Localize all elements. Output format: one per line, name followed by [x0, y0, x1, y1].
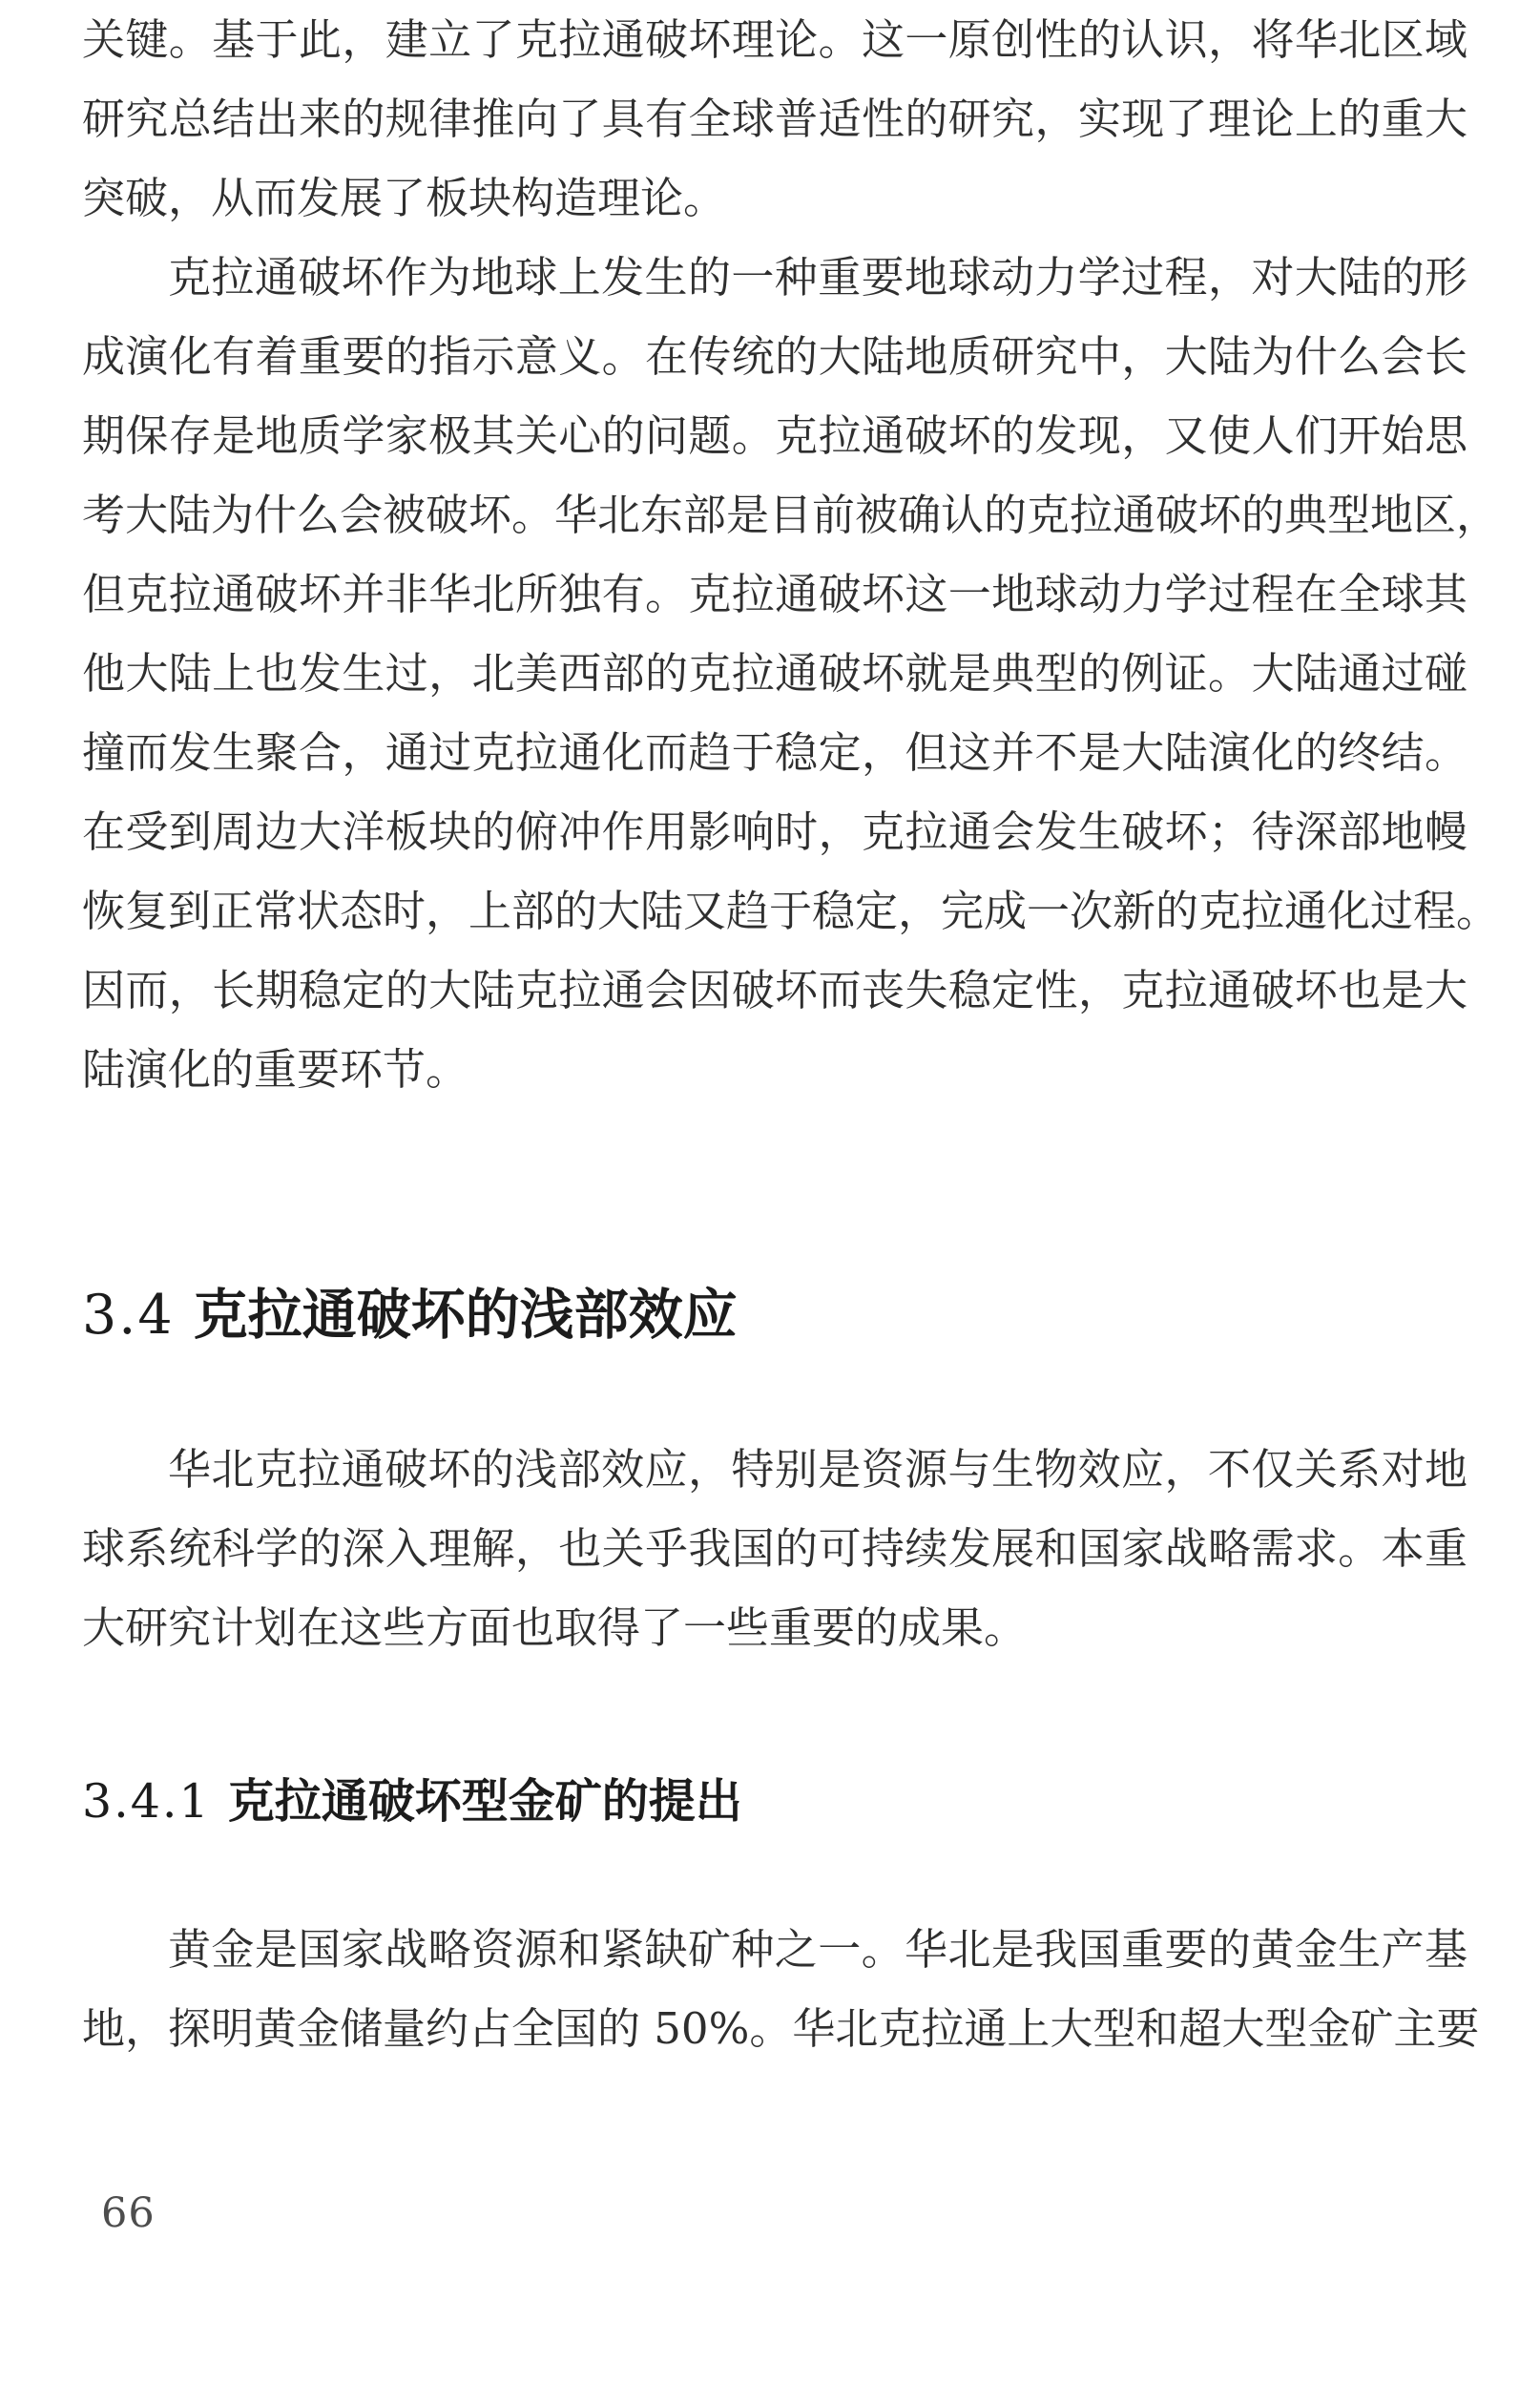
body-text-shallow-effects: 华北克拉通破坏的浅部效应，特别是资源与生物效应，不仅关系对地 球系统科学的深入理… [82, 1430, 1467, 1667]
subsection-title: 克拉通破坏型金矿的提出 [228, 1773, 742, 1829]
body-line: 考大陆为什么会被破坏。华北东部是目前被确认的克拉通破坏的典型地区， [82, 475, 1467, 554]
body-line: 关键。基于此，建立了克拉通破坏理论。这一原创性的认识，将华北区域 [82, 0, 1467, 79]
body-text-gold-deposits: 黄金是国家战略资源和紧缺矿种之一。华北是我国重要的黄金生产基 地，探明黄金储量约… [82, 1910, 1467, 2068]
body-line: 克拉通破坏作为地球上发生的一种重要地球动力学过程，对大陆的形 [82, 238, 1467, 317]
subsection-number: 3.4.1 [82, 1774, 211, 1829]
section-title: 克拉通破坏的浅部效应 [194, 1283, 738, 1347]
body-line: 地，探明黄金储量约占全国的 50%。华北克拉通上大型和超大型金矿主要 [82, 1989, 1467, 2068]
body-line: 黄金是国家战略资源和紧缺矿种之一。华北是我国重要的黄金生产基 [82, 1910, 1467, 1989]
section-number: 3.4 [82, 1284, 175, 1347]
body-line: 陆演化的重要环节。 [82, 1030, 1467, 1109]
body-line: 但克拉通破坏并非华北所独有。克拉通破坏这一地球动力学过程在全球其 [82, 554, 1467, 634]
body-line: 恢复到正常状态时，上部的大陆又趋于稳定，完成一次新的克拉通化过程。 [82, 871, 1467, 951]
section-heading: 3.4克拉通破坏的浅部效应 [82, 1282, 738, 1349]
document-page: 关键。基于此，建立了克拉通破坏理论。这一原创性的认识，将华北区域 研究总结出来的… [0, 0, 1540, 2406]
body-line: 华北克拉通破坏的浅部效应，特别是资源与生物效应，不仅关系对地 [82, 1430, 1467, 1509]
page-number: 66 [101, 2189, 156, 2237]
body-text-main: 关键。基于此，建立了克拉通破坏理论。这一原创性的认识，将华北区域 研究总结出来的… [82, 0, 1467, 1109]
body-line: 在受到周边大洋板块的俯冲作用影响时，克拉通会发生破坏；待深部地幔 [82, 792, 1467, 871]
body-line: 研究总结出来的规律推向了具有全球普适性的研究，实现了理论上的重大 [82, 79, 1467, 158]
body-line: 球系统科学的深入理解，也关乎我国的可持续发展和国家战略需求。本重 [82, 1509, 1467, 1588]
body-line: 撞而发生聚合，通过克拉通化而趋于稳定，但这并不是大陆演化的终结。 [82, 713, 1467, 792]
subsection-heading: 3.4.1克拉通破坏型金矿的提出 [82, 1772, 742, 1831]
body-line: 期保存是地质学家极其关心的问题。克拉通破坏的发现，又使人们开始思 [82, 396, 1467, 475]
body-line: 突破，从而发展了板块构造理论。 [82, 158, 1467, 238]
body-line: 大研究计划在这些方面也取得了一些重要的成果。 [82, 1588, 1467, 1667]
body-line: 他大陆上也发生过，北美西部的克拉通破坏就是典型的例证。大陆通过碰 [82, 634, 1467, 713]
body-line: 成演化有着重要的指示意义。在传统的大陆地质研究中，大陆为什么会长 [82, 317, 1467, 396]
body-line: 因而，长期稳定的大陆克拉通会因破坏而丧失稳定性，克拉通破坏也是大 [82, 951, 1467, 1030]
